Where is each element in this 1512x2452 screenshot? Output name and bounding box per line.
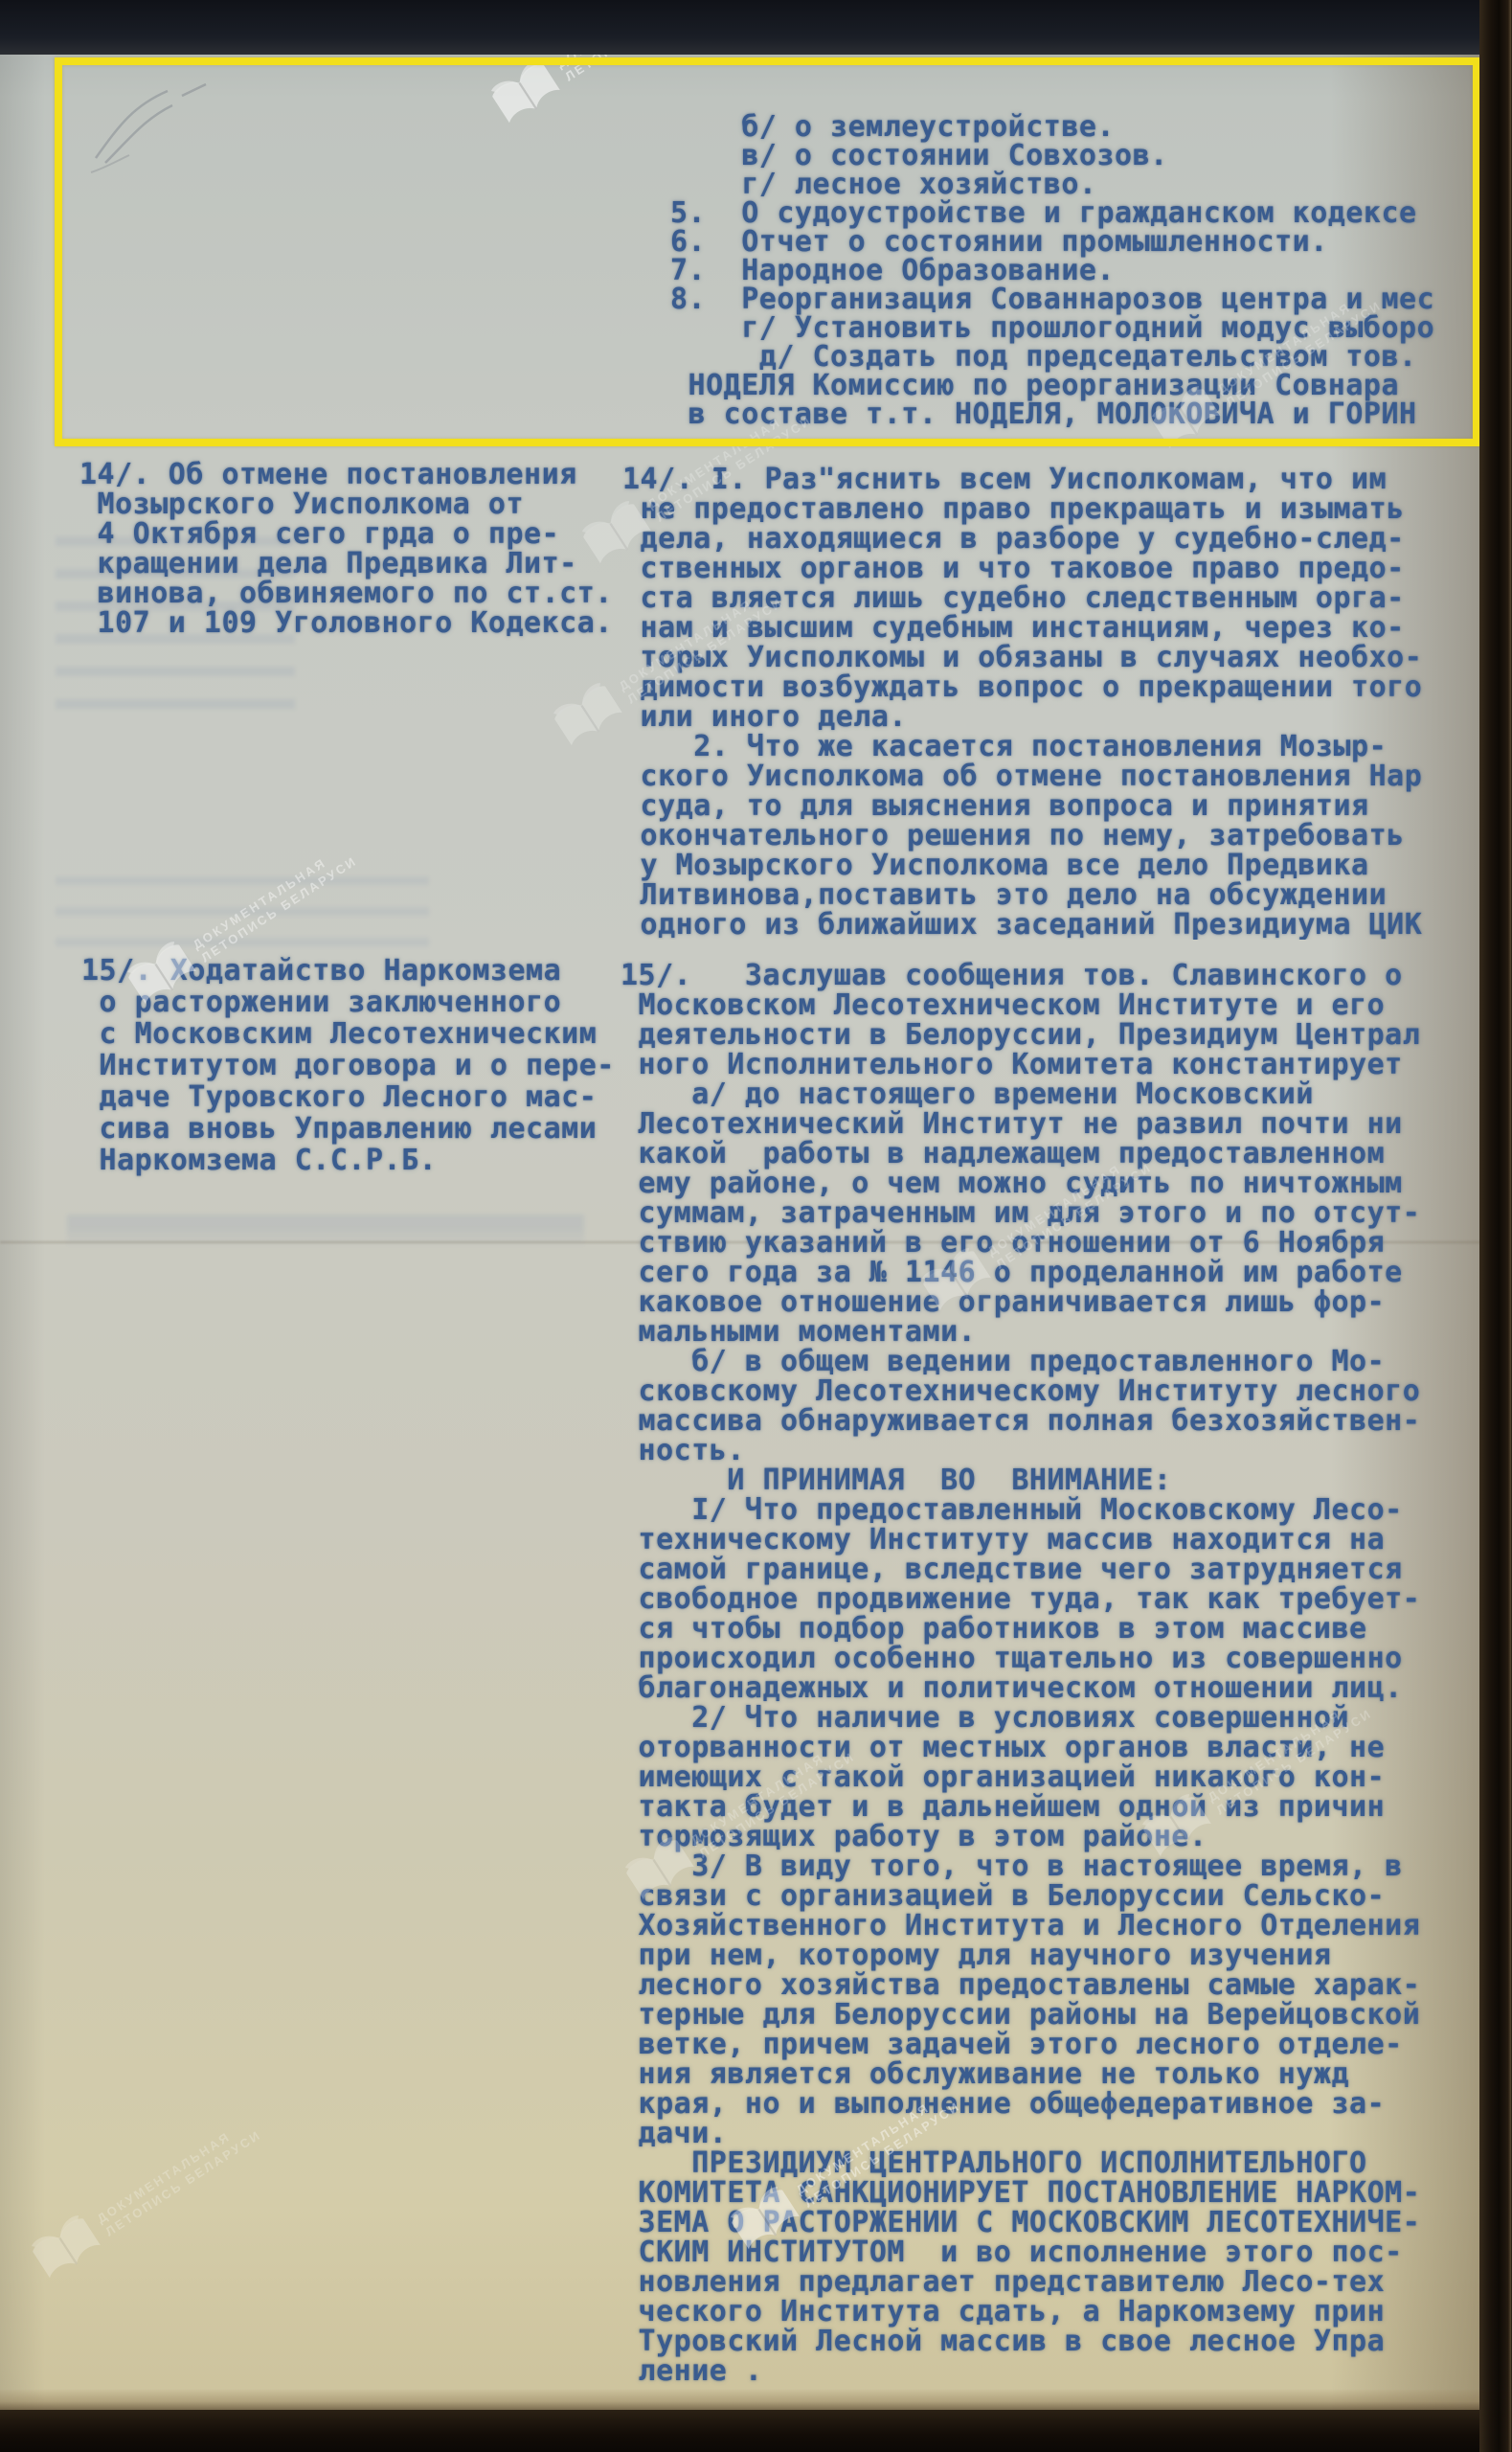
watermark-text: ДОКУМЕНТАЛЬНАЯ ЛЕТОПИСЬ БЕЛАРУСИ xyxy=(191,841,361,966)
section-14-left-column: 14/. Об отмене постановления Мозырского … xyxy=(79,460,613,638)
scanner-edge-right xyxy=(1479,0,1512,2452)
open-book-icon xyxy=(24,2209,111,2291)
section-14-resolution-text: 14/. I. Раз"яснить всем Уисполкомам, что… xyxy=(622,465,1508,940)
section-15-resolution-text: 15/. Заслушав сообщения тов. Славинского… xyxy=(621,961,1508,2386)
scanner-edge-top xyxy=(0,0,1512,55)
ink-smudge xyxy=(67,1215,584,1257)
open-book-icon xyxy=(546,676,633,759)
scanner-edge-bottom xyxy=(0,2410,1512,2452)
watermark: ДОКУМЕНТАЛЬНАЯ ЛЕТОПИСЬ БЕЛАРУСИ xyxy=(24,2246,283,2300)
section-15-left-column: 15/. Ходатайство Наркомзема о расторжени… xyxy=(81,955,615,1176)
page-bottom-edge xyxy=(0,2389,1512,2410)
highlight-box xyxy=(55,57,1480,446)
scanned-document-page: б/ о землеустройстве. в/ о состоянии Сов… xyxy=(0,0,1512,2452)
watermark-text: ДОКУМЕНТАЛЬНАЯ ЛЕТОПИСЬ БЕЛАРУСИ xyxy=(95,2115,265,2240)
